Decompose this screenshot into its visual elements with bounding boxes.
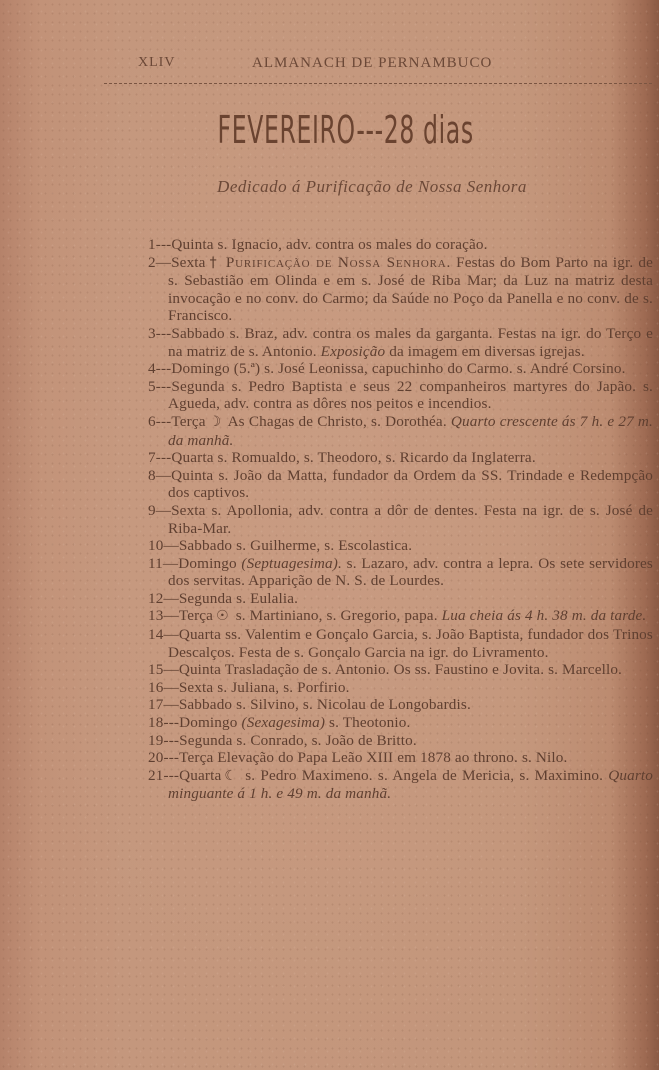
entry-text: s. Theotonio. [325,714,410,731]
calendar-entry: 17—Sabbado s. Silvino, s. Nicolau de Lon… [108,696,653,714]
entry-day: 10—Sabbado [148,537,232,554]
entry-day: 15—Quinta [148,661,221,678]
page-number: XLIV [138,55,175,71]
entry-liturgical-note: (Septuagesima). [237,555,342,572]
entry-day: 21---Quarta [148,767,221,784]
entry-italic-note: Lua cheia ás 4 h. 38 m. da tarde. [442,607,647,624]
scanned-page: XLIV ALMANACH DE PERNAMBUCO FEVEREIRO---… [0,0,659,1070]
entry-text: Elevação do Papa Leão XIII em 1878 ao th… [213,749,567,766]
calendar-entry: 10—Sabbado s. Guilherme, s. Escolastica. [108,537,653,555]
entry-italic-note: Exposição [321,343,386,360]
calendar-entry: 1---Quinta s. Ignacio, adv. contra os ma… [108,236,653,254]
entry-day: 9—Sexta [148,502,206,519]
cross-icon: † [206,255,221,271]
calendar-entry: 13—Terça☉ s. Martiniano, s. Gregorio, pa… [108,607,653,626]
calendar-entry: 7---Quarta s. Romualdo, s. Theodoro, s. … [108,449,653,467]
entry-day: 14—Quarta [148,626,221,643]
entry-text: s. Conrado, s. João de Britto. [232,732,416,749]
calendar-entry: 11—Domingo (Septuagesima). s. Lazaro, ad… [108,555,653,590]
entry-text: s. Martiniano, s. Gregorio, papa. [232,607,442,624]
calendar-entry: 3---Sabbado s. Braz, adv. contra os male… [108,325,653,360]
calendar-entry: 9—Sexta s. Apollonia, adv. contra a dôr … [108,502,653,537]
calendar-entry: 6---Terça☽ As Chagas de Christo, s. Doro… [108,413,653,449]
entry-day: 7---Quarta [148,449,214,466]
running-header: XLIV ALMANACH DE PERNAMBUCO [100,50,640,74]
entry-day: 11—Domingo [148,555,237,572]
calendar-entry: 19---Segunda s. Conrado, s. João de Brit… [108,732,653,750]
entry-day: 16—Sexta [148,679,213,696]
month-title: FEVEREIRO---28 dias [141,108,550,152]
entry-text: s. João da Matta, fundador da Ordem da S… [168,467,653,502]
entry-text: s. Pedro Baptista e seus 22 companheiros… [168,378,653,413]
calendar-entry: 18---Domingo (Sexagesima) s. Theotonio. [108,714,653,732]
header-rule [104,83,652,84]
moon-phase-icon: ☾ [221,768,240,784]
entry-text: As Chagas de Christo, s. Dorothéa. [224,413,451,430]
entry-day: 18---Domingo [148,714,238,731]
entry-text: s. Ignacio, adv. contra os males do cora… [214,236,488,253]
entry-text: (5.ª) s. José Leonissa, capuchinho do Ca… [230,360,626,377]
entry-day: 8—Quinta [148,467,213,484]
entry-day: 2—Sexta [148,254,206,271]
entry-day: 4---Domingo [148,360,230,377]
entry-day: 12—Segunda [148,590,232,607]
calendar-entry: 15—Quinta Trasladação de s. Antonio. Os … [108,661,653,679]
moon-phase-icon: ☉ [213,608,232,624]
entry-text: s. Guilherme, s. Escolastica. [232,537,412,554]
entry-day: 5---Segunda [148,378,225,395]
entry-day: 3---Sabbado [148,325,225,342]
calendar-entry: 20---Terça Elevação do Papa Leão XIII em… [108,749,653,767]
calendar-entry: 14—Quarta ss. Valentim e Gonçalo Garcia,… [108,626,653,661]
entry-day: 1---Quinta [148,236,214,253]
entry-text: s. Romualdo, s. Theodoro, s. Ricardo da … [214,449,536,466]
entry-text: ss. Valentim e Gonçalo Garcia, s. João B… [168,626,653,661]
calendar-entries: 1---Quinta s. Ignacio, adv. contra os ma… [128,236,653,803]
calendar-entry: 5---Segunda s. Pedro Baptista e seus 22 … [108,378,653,413]
entry-day: 20---Terça [148,749,213,766]
running-title: ALMANACH DE PERNAMBUCO [252,55,492,72]
entry-text: s. Silvino, s. Nicolau de Longobardis. [232,696,471,713]
calendar-entry: 12—Segunda s. Eulalia. [108,590,653,608]
entry-text: Trasladação de s. Antonio. Os ss. Fausti… [221,661,622,678]
calendar-entry: 4---Domingo (5.ª) s. José Leonissa, capu… [108,360,653,378]
month-dedication: Dedicado á Purificação de Nossa Senhora [0,177,659,197]
entry-text: da imagem em diversas igrejas. [385,343,585,360]
entry-text: s. Apollonia, adv. contra a dôr de dente… [168,502,653,537]
entry-text: s. Pedro Maximeno. s. Angela de Mericia,… [240,767,608,784]
entry-day: 19---Segunda [148,732,232,749]
entry-day: 6---Terça [148,413,206,430]
entry-liturgical-note: (Sexagesima) [238,714,326,731]
entry-day: 17—Sabbado [148,696,232,713]
entry-text: s. Eulalia. [232,590,298,607]
calendar-entry: 16—Sexta s. Juliana, s. Porfirio. [108,679,653,697]
calendar-entry: 8—Quinta s. João da Matta, fundador da O… [108,467,653,502]
calendar-entry: 21---Quarta☾ s. Pedro Maximeno. s. Angel… [108,767,653,803]
calendar-entry: 2—Sexta† Purificação de Nossa Senhora. F… [108,254,653,325]
moon-phase-icon: ☽ [206,414,225,430]
entry-text: s. Juliana, s. Porfirio. [213,679,349,696]
entry-day: 13—Terça [148,607,213,624]
entry-feast: Purificação de Nossa Senhora. [226,254,451,271]
